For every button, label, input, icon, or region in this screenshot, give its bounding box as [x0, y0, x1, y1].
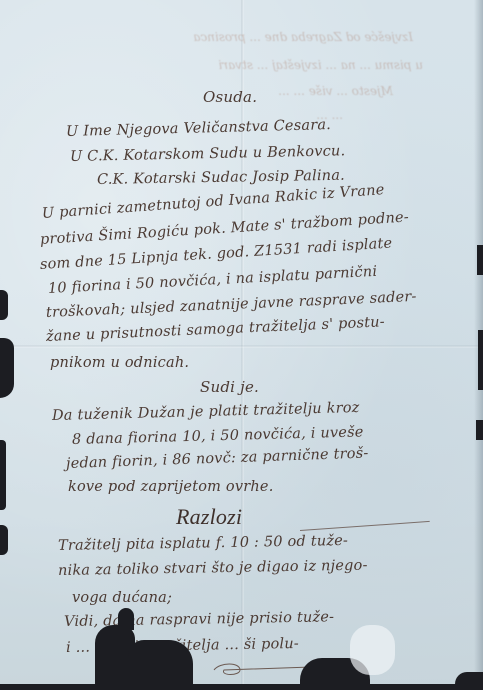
bleed-line: u pismu ... na ... izvještaj ... stvari	[218, 58, 423, 72]
document-page: Izvješće od Zagreba dne ... prosinca u p…	[0, 0, 483, 690]
reasons-heading: Razlozi	[176, 504, 242, 530]
burn-damage	[0, 525, 8, 555]
burn-damage	[477, 245, 483, 275]
burn-damage	[0, 338, 14, 398]
verdict-line: kove pod zaprijetom ovrhe.	[68, 479, 274, 495]
verdict-heading: Sudi je.	[200, 378, 259, 396]
document-title: Osuda.	[203, 88, 257, 106]
verdict-line: Da tuženik Dužan je platit tražitelju kr…	[52, 400, 360, 424]
burn-hole	[128, 640, 193, 690]
bottom-edge-shadow	[0, 684, 483, 690]
bleed-line: Mjesto ... više ... ...	[278, 84, 393, 98]
burn-hole	[118, 608, 134, 630]
preamble-line: pnikom u odnicah.	[50, 355, 189, 371]
water-stain	[350, 625, 395, 675]
burn-damage	[0, 440, 6, 510]
reasons-line: Tražitelj pita isplatu f. 10 : 50 od tuž…	[58, 533, 348, 554]
bleed-line: Izvješće od Zagreba dne ... prosinca	[193, 30, 413, 44]
verdict-line: 8 dana fiorina 10, i 50 novčića, i uveše	[72, 424, 364, 448]
heading-flourish-stroke	[300, 521, 430, 531]
fold-crease-horizontal	[0, 345, 483, 348]
burn-damage	[0, 290, 8, 320]
burn-damage	[476, 420, 483, 440]
burn-damage	[478, 330, 483, 390]
reasons-line: nika za toliko stvari što je digao iz nj…	[58, 558, 368, 579]
header-line: C.K. Kotarski Sudac Josip Palina.	[97, 168, 345, 188]
verdict-line: jedan fiorin, i 86 novč: za parnične tro…	[66, 445, 369, 472]
header-line: U Ime Njegova Veličanstva Cesara.	[66, 117, 331, 140]
header-line: U C.K. Kotarskom Sudu u Benkovcu.	[70, 143, 346, 165]
reasons-line: voga dućana;	[72, 590, 172, 606]
preamble-line: žane u prisutnosti samoga tražitelja s' …	[46, 314, 386, 345]
